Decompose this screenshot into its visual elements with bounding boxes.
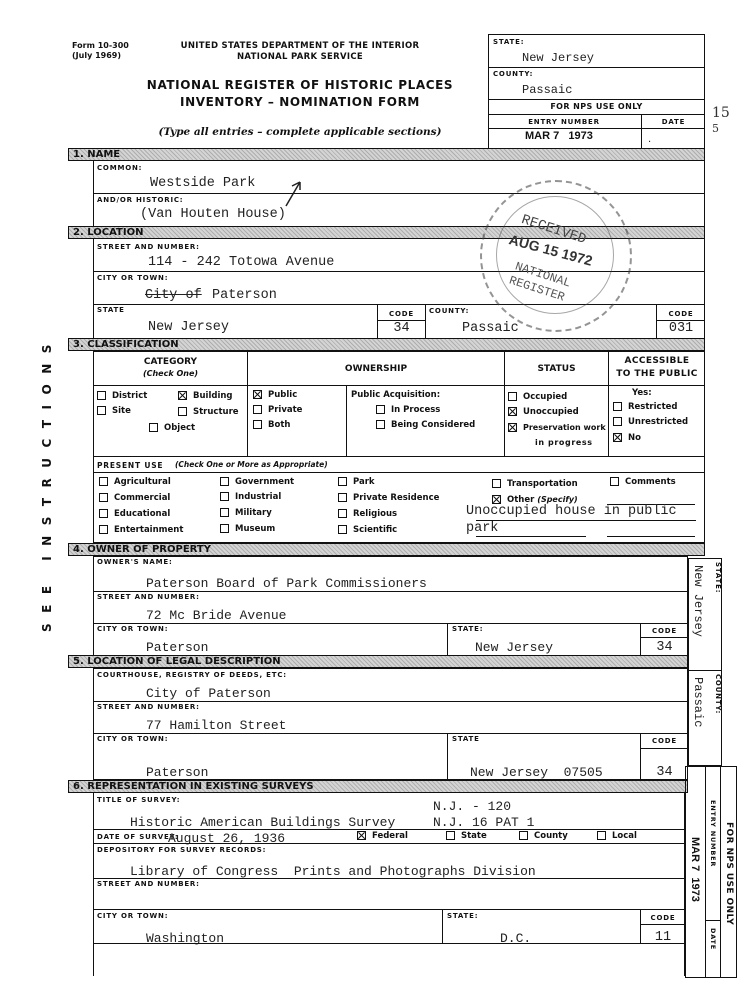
checkbox-icon[interactable]: [220, 477, 229, 486]
use-government[interactable]: Government: [220, 477, 294, 488]
legal-code-label: CODE: [641, 737, 688, 745]
nps-state-label: STATE:: [493, 38, 524, 46]
use-park[interactable]: Park: [338, 477, 375, 488]
checkbox-icon[interactable]: [613, 417, 622, 426]
category-structure[interactable]: Structure: [178, 407, 239, 418]
use-military[interactable]: Military: [220, 508, 272, 519]
status-header: STATUS: [505, 364, 608, 374]
service: NATIONAL PARK SERVICE: [170, 52, 430, 62]
owner-name-label: OWNER'S NAME:: [97, 558, 173, 566]
see-instructions-margin: SEE INSTRUCTIONS: [40, 334, 54, 632]
location-state-value: New Jersey: [148, 320, 229, 335]
survey-level-state[interactable]: State: [446, 831, 487, 842]
status-in-progress: in progress: [535, 437, 593, 448]
section-4-heading: 4. OWNER OF PROPERTY: [68, 543, 705, 556]
side-state-label: STATE:: [714, 562, 722, 593]
use-industrial[interactable]: Industrial: [220, 492, 281, 503]
checkbox-icon[interactable]: [376, 405, 385, 414]
checkbox-checked-icon[interactable]: [492, 495, 501, 504]
category-site[interactable]: Site: [97, 406, 131, 417]
checkbox-icon[interactable]: [446, 831, 455, 840]
side-state-value: New Jersey: [691, 565, 705, 637]
use-scientific[interactable]: Scientific: [338, 525, 397, 536]
checkbox-icon[interactable]: [253, 420, 262, 429]
acquisition-in-process[interactable]: In Process: [376, 405, 440, 416]
location-city-value: Paterson: [212, 288, 277, 303]
owner-state-value: New Jersey: [475, 640, 553, 655]
other-use-value-line2: park: [466, 521, 498, 536]
location-city-label: CITY OR TOWN:: [97, 274, 168, 282]
legal-code-value: 34: [641, 765, 688, 780]
use-educational[interactable]: Educational: [99, 509, 170, 520]
owner-street-label: STREET AND NUMBER:: [97, 593, 200, 601]
acquisition-being-considered[interactable]: Being Considered: [376, 420, 475, 431]
survey-ref-1: N.J. - 120: [433, 799, 511, 814]
common-name-label: COMMON:: [97, 164, 142, 172]
checkbox-icon[interactable]: [376, 420, 385, 429]
public-acquisition-label: Public Acquisition:: [351, 390, 440, 401]
accessible-header-2: TO THE PUBLIC: [609, 369, 705, 379]
use-agricultural[interactable]: Agricultural: [99, 477, 171, 488]
nps-state-value: New Jersey: [522, 51, 594, 65]
legal-state-label: STATE: [452, 735, 480, 743]
checkbox-icon[interactable]: [508, 392, 517, 401]
survey-state-label: STATE:: [447, 912, 478, 920]
checkbox-icon[interactable]: [220, 508, 229, 517]
nps-entry-number-label: ENTRY NUMBER: [488, 118, 640, 126]
owner-code-label: CODE: [641, 627, 688, 635]
survey-date-label: DATE OF SURVEY:: [97, 833, 178, 841]
checkbox-icon[interactable]: [97, 406, 106, 415]
checkbox-checked-icon[interactable]: [508, 407, 517, 416]
location-street-label: STREET AND NUMBER:: [97, 243, 200, 251]
location-state-code-label: CODE: [378, 310, 425, 318]
side-date-label: DATE: [709, 928, 717, 950]
nps-box: [488, 34, 705, 150]
present-use-sublabel: (Check One or More as Appropriate): [175, 460, 328, 469]
ownership-header: OWNERSHIP: [248, 364, 504, 374]
use-museum[interactable]: Museum: [220, 524, 275, 535]
checkbox-icon[interactable]: [99, 525, 108, 534]
form-instruction: (Type all entries – complete applicable …: [150, 126, 450, 138]
category-header: CATEGORY: [94, 357, 247, 367]
nps-county-value: Passaic: [522, 83, 572, 97]
accessible-yes-label: Yes:: [632, 388, 652, 399]
checkbox-icon[interactable]: [178, 407, 187, 416]
side-entry-number-value: MAR 7 1973: [689, 837, 701, 902]
side-county-value: Passaic: [691, 677, 705, 727]
form-title-line2: INVENTORY – NOMINATION FORM: [140, 95, 460, 109]
legal-city-value: Paterson: [146, 765, 208, 780]
checkbox-checked-icon[interactable]: [508, 423, 517, 432]
survey-level-local[interactable]: Local: [597, 831, 637, 842]
legal-street-value: 77 Hamilton Street: [146, 718, 286, 733]
location-city-struck: City of: [145, 288, 202, 303]
checkbox-icon[interactable]: [610, 477, 619, 486]
checkbox-checked-icon[interactable]: [613, 433, 622, 442]
section-6-heading: 6. REPRESENTATION IN EXISTING SURVEYS: [68, 780, 688, 793]
side-nps-use-only-label: FOR NPS USE ONLY: [724, 822, 734, 925]
owner-city-value: Paterson: [146, 640, 208, 655]
accessible-restricted[interactable]: Restricted: [613, 402, 678, 413]
depository-value: Library of Congress Prints and Photograp…: [130, 864, 536, 879]
checkbox-icon[interactable]: [99, 493, 108, 502]
nps-entry-number-value: MAR 7 1973: [525, 130, 593, 142]
checkbox-icon[interactable]: [220, 492, 229, 501]
nps-date-value: .: [648, 134, 651, 145]
location-state-label: STATE: [97, 306, 125, 314]
status-preservation-work[interactable]: Preservation work: [508, 422, 606, 433]
legal-street-label: STREET AND NUMBER:: [97, 703, 200, 711]
owner-street-value: 72 Mc Bride Avenue: [146, 608, 286, 623]
handwritten-note-2: 5: [712, 122, 719, 135]
status-unoccupied[interactable]: Unoccupied: [508, 407, 579, 418]
survey-code-label: CODE: [641, 914, 685, 922]
checkbox-icon[interactable]: [253, 405, 262, 414]
checkbox-icon[interactable]: [99, 509, 108, 518]
owner-state-label: STATE:: [452, 625, 483, 633]
nps-date-label: DATE: [642, 118, 705, 126]
checkbox-checked-icon[interactable]: [178, 391, 187, 400]
accessible-no[interactable]: No: [613, 433, 641, 444]
checkbox-icon[interactable]: [338, 509, 347, 518]
checkbox-icon[interactable]: [613, 402, 622, 411]
form-title-line1: NATIONAL REGISTER OF HISTORIC PLACES: [140, 78, 460, 92]
location-county-value: Passaic: [462, 321, 519, 336]
side-county-label: COUNTY:: [714, 674, 722, 714]
other-use-value-line1: Unoccupied house in public: [466, 504, 677, 519]
checkbox-icon[interactable]: [97, 391, 106, 400]
received-stamp: RECEIVED AUG 15 1972 NATIONAL REGISTER: [480, 180, 632, 332]
section-1-heading: 1. NAME: [68, 148, 705, 161]
use-religious[interactable]: Religious: [338, 509, 397, 520]
checkbox-icon[interactable]: [492, 479, 501, 488]
use-transportation[interactable]: Transportation: [492, 479, 578, 490]
checkbox-icon[interactable]: [149, 423, 158, 432]
side-entry-number-label: ENTRY NUMBER: [709, 800, 717, 867]
checkbox-icon[interactable]: [220, 524, 229, 533]
survey-title-label: TITLE OF SURVEY:: [97, 796, 180, 804]
department: UNITED STATES DEPARTMENT OF THE INTERIOR: [170, 41, 430, 51]
owner-city-label: CITY OR TOWN:: [97, 625, 168, 633]
owner-code-value: 34: [641, 640, 688, 655]
form-date: (July 1969): [72, 51, 121, 60]
handwritten-note-1: 15: [712, 105, 730, 121]
category-subheader: (Check One): [94, 369, 247, 378]
historic-name-value: (Van Houten House): [140, 207, 286, 222]
checkbox-icon[interactable]: [519, 831, 528, 840]
nps-use-only-label: FOR NPS USE ONLY: [488, 102, 705, 111]
nps-county-label: COUNTY:: [493, 70, 533, 78]
common-name-value: Westside Park: [150, 176, 255, 191]
courthouse-value: City of Paterson: [146, 686, 271, 701]
checkbox-checked-icon[interactable]: [357, 831, 366, 840]
survey-ref-2: N.J. 16 PAT 1: [433, 815, 534, 830]
use-comments[interactable]: Comments: [610, 477, 676, 488]
accessible-header-1: ACCESSIBLE: [609, 356, 705, 366]
status-occupied[interactable]: Occupied: [508, 392, 567, 403]
category-district[interactable]: District: [97, 391, 147, 402]
present-use-label: PRESENT USE: [97, 461, 163, 470]
depository-label: DEPOSITORY FOR SURVEY RECORDS:: [97, 846, 266, 854]
section-3-heading: 3. CLASSIFICATION: [68, 338, 705, 351]
ownership-public[interactable]: Public: [253, 390, 297, 401]
section-5-heading: 5. LOCATION OF LEGAL DESCRIPTION: [68, 655, 688, 668]
legal-city-label: CITY OR TOWN:: [97, 735, 168, 743]
survey-city-label: CITY OR TOWN:: [97, 912, 168, 920]
checkbox-checked-icon[interactable]: [253, 390, 262, 399]
checkbox-icon[interactable]: [99, 477, 108, 486]
location-street-value: 114 - 242 Totowa Avenue: [148, 255, 334, 270]
courthouse-label: COURTHOUSE, REGISTRY OF DEEDS, ETC:: [97, 671, 287, 679]
survey-title-value: Historic American Buildings Survey: [130, 815, 395, 830]
location-county-code-label: CODE: [657, 310, 705, 318]
accessible-unrestricted[interactable]: Unrestricted: [613, 417, 688, 428]
location-county-code: 031: [657, 321, 705, 336]
ownership-both[interactable]: Both: [253, 420, 290, 431]
use-entertainment[interactable]: Entertainment: [99, 525, 183, 536]
location-county-label: COUNTY:: [429, 307, 469, 315]
checkbox-icon[interactable]: [338, 525, 347, 534]
category-object[interactable]: Object: [149, 423, 195, 434]
checkbox-icon[interactable]: [338, 493, 347, 502]
category-building[interactable]: Building: [178, 391, 233, 402]
survey-level-federal[interactable]: Federal: [357, 831, 408, 842]
form-number: Form 10-300: [72, 41, 129, 50]
checkbox-icon[interactable]: [597, 831, 606, 840]
survey-level-county[interactable]: County: [519, 831, 568, 842]
ownership-private[interactable]: Private: [253, 405, 302, 416]
location-state-code: 34: [378, 321, 425, 336]
legal-state-value: New Jersey 07505: [470, 765, 603, 780]
use-private-residence[interactable]: Private Residence: [338, 493, 439, 504]
owner-name-value: Paterson Board of Park Commissioners: [146, 576, 427, 591]
use-commercial[interactable]: Commercial: [99, 493, 170, 504]
checkbox-icon[interactable]: [338, 477, 347, 486]
historic-name-label: AND/OR HISTORIC:: [97, 196, 183, 204]
survey-street-label: STREET AND NUMBER:: [97, 880, 200, 888]
